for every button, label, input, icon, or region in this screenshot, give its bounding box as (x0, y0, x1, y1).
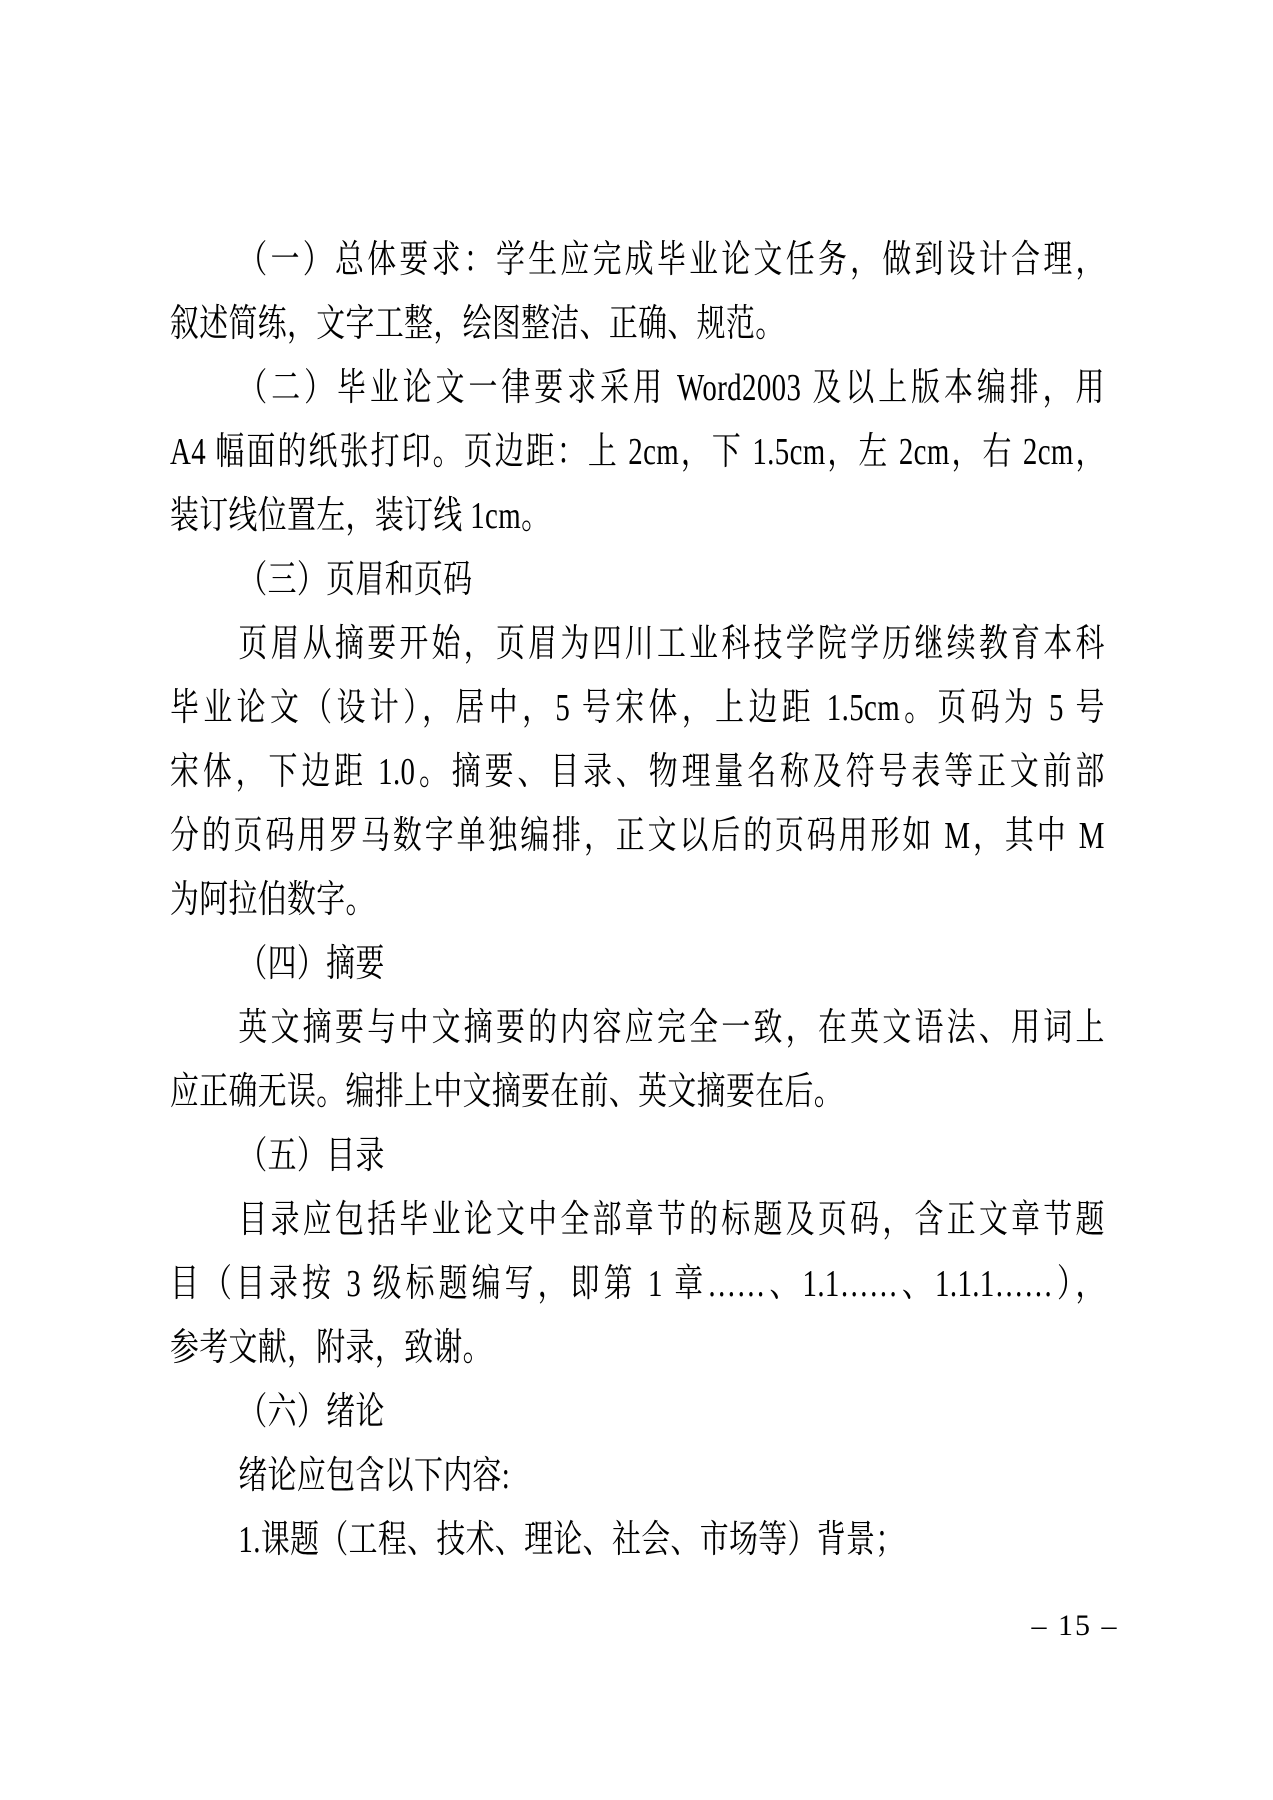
text-line: 页眉从摘要开始，页眉为四川工业科技学院学历继续教育本科 (170, 612, 1105, 676)
text-line: （三）页眉和页码 (170, 548, 1105, 612)
text-line: 叙述简练，文字工整，绘图整洁、正确、规范。 (170, 292, 1105, 356)
text-line: 为阿拉伯数字。 (170, 868, 1105, 932)
text-line: （四）摘要 (170, 932, 1105, 996)
text-line: 分的页码用罗马数字单独编排，正文以后的页码用形如 M，其中 M (170, 804, 1105, 868)
text-line: 1.课题（工程、技术、理论、社会、市场等）背景； (170, 1508, 1105, 1572)
text-line: 绪论应包含以下内容: (170, 1444, 1105, 1508)
text-line: A4 幅面的纸张打印。页边距：上 2cm，下 1.5cm，左 2cm，右 2cm… (170, 420, 1105, 484)
text-line: 目录应包括毕业论文中全部章节的标题及页码，含正文章节题 (170, 1188, 1105, 1252)
text-line: 装订线位置左，装订线 1cm。 (170, 484, 1105, 548)
text-line: （二）毕业论文一律要求采用 Word2003 及以上版本编排，用 (170, 356, 1105, 420)
text-line: 目（目录按 3 级标题编写，即第 1 章……、1.1……、1.1.1……）， (170, 1252, 1105, 1316)
text-line: 英文摘要与中文摘要的内容应完全一致，在英文语法、用词上 (170, 996, 1105, 1060)
text-line: 宋体，下边距 1.0。摘要、目录、物理量名称及符号表等正文前部 (170, 740, 1105, 804)
text-line: （一）总体要求：学生应完成毕业论文任务，做到设计合理， (170, 228, 1105, 292)
text-line: （五）目录 (170, 1124, 1105, 1188)
text-line: 毕业论文（设计），居中，5 号宋体，上边距 1.5cm。页码为 5 号 (170, 676, 1105, 740)
document-page: （一）总体要求：学生应完成毕业论文任务，做到设计合理，叙述简练，文字工整，绘图整… (0, 0, 1273, 1800)
text-line: （六）绪论 (170, 1380, 1105, 1444)
text-line: 应正确无误。编排上中文摘要在前、英文摘要在后。 (170, 1060, 1105, 1124)
body-text-block: （一）总体要求：学生应完成毕业论文任务，做到设计合理，叙述简练，文字工整，绘图整… (170, 228, 1105, 1572)
text-line: 参考文献，附录，致谢。 (170, 1316, 1105, 1380)
page-number: – 15 – (1000, 1606, 1150, 1646)
